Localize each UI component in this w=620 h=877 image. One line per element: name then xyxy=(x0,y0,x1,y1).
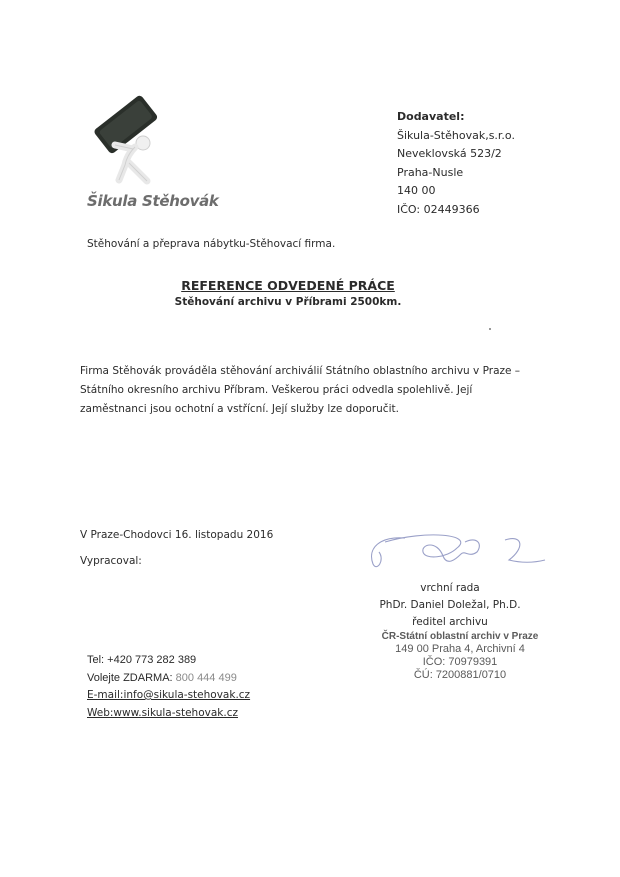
logo-text: Šikula Stěhovák xyxy=(87,192,219,210)
stamp-line: IČO: 70979391 xyxy=(375,656,545,669)
supplier-line: IČO: 02449366 xyxy=(397,201,515,220)
supplier-block: Dodavatel: Šikula-Stěhovak,s.r.o. Nevekl… xyxy=(397,108,515,219)
tagline: Stěhování a přeprava nábytku-Stěhovací f… xyxy=(87,238,335,250)
contact-free-number: 800 444 499 xyxy=(176,672,237,684)
contact-tel: Tel: +420 773 282 389 xyxy=(87,652,250,670)
document-title: REFERENCE ODVEDENÉ PRÁCE xyxy=(0,278,620,293)
contact-free-label: Volejte ZDARMA: xyxy=(87,672,173,684)
signer-block: vrchní rada PhDr. Daniel Doležal, Ph.D. … xyxy=(360,580,540,631)
supplier-line: Šikula-Stěhovak,s.r.o. xyxy=(397,127,515,146)
stamp-line: 149 00 Praha 4, Archivní 4 xyxy=(375,643,545,656)
supplier-heading: Dodavatel: xyxy=(397,108,515,127)
date-line: V Praze-Chodovci 16. listopadu 2016 xyxy=(80,529,273,541)
contact-web-link[interactable]: Web:www.sikula-stehovak.cz xyxy=(87,705,250,723)
contact-free-line: Volejte ZDARMA: 800 444 499 xyxy=(87,670,250,688)
logo-illustration-icon xyxy=(85,85,175,190)
stamp-line: ČÚ: 7200881/0710 xyxy=(375,669,545,682)
supplier-line: Neveklovská 523/2 xyxy=(397,145,515,164)
signature-icon xyxy=(365,530,555,575)
contact-block: Tel: +420 773 282 389 Volejte ZDARMA: 80… xyxy=(87,652,250,722)
body-paragraph: Firma Stěhovák prováděla stěhování archi… xyxy=(80,362,540,419)
document-subtitle: Stěhování archivu v Příbrami 2500km. xyxy=(0,296,620,308)
stamp-line: ČR-Státní oblastní archiv v Praze xyxy=(375,630,545,643)
signer-role: ředitel archivu xyxy=(360,614,540,631)
signer-name: PhDr. Daniel Doležal, Ph.D. xyxy=(360,597,540,614)
supplier-line: 140 00 xyxy=(397,182,515,201)
contact-email-link[interactable]: E-mail:info@sikula-stehovak.cz xyxy=(87,687,250,705)
prepared-by-label: Vypracoval: xyxy=(80,555,142,567)
signer-position: vrchní rada xyxy=(360,580,540,597)
supplier-line: Praha-Nusle xyxy=(397,164,515,183)
archive-stamp: ČR-Státní oblastní archiv v Praze 149 00… xyxy=(375,630,545,682)
document-title-text: REFERENCE ODVEDENÉ PRÁCE xyxy=(181,278,395,293)
document-subtitle-text: Stěhování archivu v Příbrami 2500km. xyxy=(175,296,402,308)
scan-speck xyxy=(489,328,491,330)
